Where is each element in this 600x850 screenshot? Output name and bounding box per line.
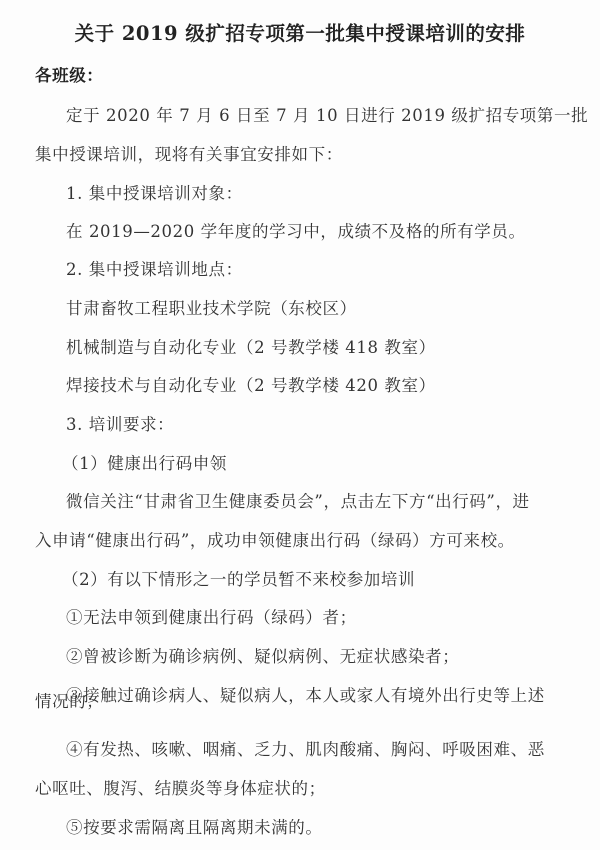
section1-body: 在 2019—2020 学年度的学习中，成绩不及格的所有学员。 bbox=[66, 222, 526, 242]
salutation: 各班级： bbox=[35, 66, 103, 86]
exclusion-item-4-line-2: 心呕吐、腹泻、结膜炎等身体症状的； bbox=[35, 779, 326, 799]
section3-sub1-heading: （1）健康出行码申领 bbox=[62, 454, 227, 474]
intro-line-1: 定于 2020 年 7 月 6 日至 7 月 10 日进行 2019 级扩招专项… bbox=[66, 106, 588, 126]
section1-heading: 1. 集中授课培训对象： bbox=[66, 184, 243, 204]
intro-line-2: 集中授课培训，现将有关事宜安排如下： bbox=[35, 145, 343, 165]
exclusion-item-5: ⑤按要求需隔离且隔离期未满的。 bbox=[66, 818, 323, 838]
exclusion-item-1: ①无法申领到健康出行码（绿码）者； bbox=[66, 608, 357, 628]
exclusion-item-4-line-1: ④有发热、咳嗽、咽痛、乏力、肌肉酸痛、胸闷、呼吸困难、恶 bbox=[66, 740, 545, 760]
document-title: 关于 2019 级扩招专项第一批集中授课培训的安排 bbox=[0, 22, 600, 46]
section2-heading: 2. 集中授课培训地点： bbox=[66, 260, 243, 280]
section3-sub1-line-1: 微信关注“甘肃省卫生健康委员会”，点击左下方“出行码”，进 bbox=[66, 492, 530, 512]
section3-heading: 3. 培训要求： bbox=[66, 415, 174, 435]
section3-sub2-heading: （2）有以下情形之一的学员暂不来校参加培训 bbox=[62, 570, 415, 590]
section2-line-campus: 甘肃畜牧工程职业技术学院（东校区） bbox=[66, 299, 357, 319]
exclusion-item-3-line-1: ③接触过确诊病人、疑似病人，本人或家人有境外出行史等上述 bbox=[66, 686, 545, 706]
document-page: 关于 2019 级扩招专项第一批集中授课培训的安排 各班级： 定于 2020 年… bbox=[0, 0, 600, 850]
exclusion-item-2: ②曾被诊断为确诊病例、疑似病例、无症状感染者； bbox=[66, 647, 459, 667]
section2-line-welding: 焊接技术与自动化专业（2 号教学楼 420 教室） bbox=[66, 376, 436, 396]
section3-sub1-line-2: 入申请“健康出行码”，成功申领健康出行码（绿码）方可来校。 bbox=[35, 531, 515, 551]
exclusion-item-3-line-2: 情况的； bbox=[35, 692, 103, 712]
section2-line-mechanical: 机械制造与自动化专业（2 号教学楼 418 教室） bbox=[66, 338, 436, 358]
